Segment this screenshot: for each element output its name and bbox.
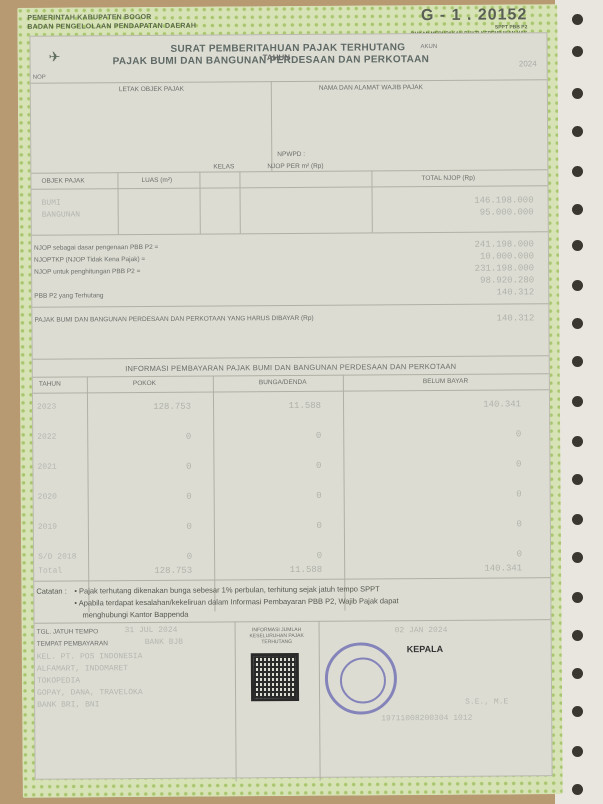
divider bbox=[213, 376, 216, 612]
row-bunga: 0 bbox=[317, 551, 322, 561]
sppt-document: PEMERINTAH KABUPATEN BOGOR BADAN PENGELO… bbox=[17, 4, 563, 798]
divider bbox=[87, 376, 90, 612]
qr-code[interactable] bbox=[251, 653, 299, 701]
feed-hole bbox=[572, 474, 583, 485]
jatuh-tempo-label: TGL. JATUH TEMPO bbox=[37, 628, 99, 635]
tahun-value: 2024 bbox=[519, 59, 537, 68]
feed-hole bbox=[572, 668, 583, 679]
payment-place: BANK BRI, BNI bbox=[37, 700, 99, 709]
form-body: ✈ SURAT PEMBERITAHUAN PAJAK TERHUTANG PA… bbox=[29, 32, 552, 780]
row-belum-bayar: 0 bbox=[517, 549, 522, 559]
col-objek-pajak: OBJEK PAJAK bbox=[41, 177, 84, 184]
row-bunga: 0 bbox=[316, 491, 321, 501]
payment-row: 2023 128.753 11.588 140.341 bbox=[30, 33, 546, 37]
total-belum-bayar: 140.341 bbox=[484, 563, 522, 573]
divider bbox=[32, 231, 548, 236]
divider bbox=[32, 303, 548, 308]
harus-dibayar-value: 140.312 bbox=[497, 313, 535, 323]
feed-hole bbox=[572, 280, 583, 291]
divider bbox=[343, 375, 346, 611]
note-line2: • Apabila terdapat kesalahan/kekeliruan … bbox=[74, 596, 398, 607]
qr-caption: INFORMASI JUMLAH KESELURUHAN PAJAK TERHU… bbox=[239, 627, 315, 646]
row-pokok: 0 bbox=[186, 462, 191, 472]
col-luas: LUAS (m²) bbox=[141, 177, 172, 184]
kepala-label: KEPALA bbox=[407, 644, 443, 654]
row-pokok: 0 bbox=[187, 552, 192, 562]
payment-total-row: Total 128.753 11.588 140.341 bbox=[30, 33, 546, 37]
payment-info-title: INFORMASI PEMBAYARAN PAJAK BUMI DAN BANG… bbox=[33, 361, 549, 374]
row-pokok: 0 bbox=[186, 492, 191, 502]
divider bbox=[33, 373, 549, 378]
col-bunga-denda: BUNGA/DENDA bbox=[259, 379, 307, 386]
regency-logo-icon: ✈ bbox=[49, 49, 61, 66]
row-tahun: S/D 2018 bbox=[38, 552, 76, 561]
col-belum-bayar: BELUM BAYAR bbox=[423, 378, 468, 385]
objek-bangunan: BANGUNAN bbox=[42, 210, 80, 219]
payment-place: GOPAY, DANA, TRAVELOKA bbox=[37, 688, 143, 698]
njop-dasar-value: 241.198.000 bbox=[474, 239, 533, 249]
feed-hole bbox=[572, 126, 583, 137]
row-tahun: 2021 bbox=[37, 463, 56, 472]
feed-hole bbox=[572, 204, 583, 215]
nop-label: NOP bbox=[33, 75, 46, 81]
col-pokok: POKOK bbox=[133, 380, 156, 387]
npwpd-label: NPWPD : bbox=[277, 151, 305, 158]
printer-feed-strip bbox=[555, 0, 603, 804]
njoptkp-value: 10.000.000 bbox=[480, 251, 534, 261]
tahun-label: TAHUN bbox=[263, 53, 290, 62]
signer-title: S.E., M.E bbox=[465, 697, 508, 706]
payment-row: 2021 0 0 0 bbox=[30, 33, 546, 37]
tempat-pembayaran-label: TEMPAT PEMBAYARAN bbox=[37, 640, 108, 647]
col-kelas: KELAS bbox=[213, 163, 234, 170]
divider bbox=[271, 81, 273, 171]
divider bbox=[117, 172, 118, 234]
serial-number: G - 1 . 20152 bbox=[411, 6, 527, 25]
payment-place: ALFAMART, INDOMARET bbox=[37, 664, 128, 674]
feed-hole bbox=[572, 630, 583, 641]
njop-extra-value: 98.920.280 bbox=[480, 275, 534, 285]
divider bbox=[34, 577, 550, 582]
row-belum-bayar: 0 bbox=[516, 459, 521, 469]
row-tahun: 2022 bbox=[37, 433, 56, 442]
row-tahun: 2020 bbox=[38, 493, 57, 502]
col-total-njop: TOTAL NJOP (Rp) bbox=[421, 175, 475, 182]
feed-hole bbox=[572, 318, 583, 329]
pbb-terutang-label: PBB P2 yang Terhutang bbox=[34, 292, 103, 299]
feed-hole bbox=[572, 166, 583, 177]
feed-hole bbox=[572, 46, 583, 57]
feed-hole bbox=[572, 552, 583, 563]
row-tahun: 2023 bbox=[37, 403, 56, 412]
row-belum-bayar: 140.341 bbox=[483, 399, 521, 409]
feed-hole bbox=[572, 14, 583, 25]
divider bbox=[35, 619, 551, 624]
col-njop-per-m2: NJOP PER m² (Rp) bbox=[267, 163, 323, 170]
payment-row: 2020 0 0 0 bbox=[30, 33, 546, 37]
feed-hole bbox=[572, 706, 583, 717]
feed-hole bbox=[572, 356, 583, 367]
total-bunga: 11.588 bbox=[290, 565, 322, 575]
divider bbox=[371, 170, 372, 232]
njop-hitung-label: NJOP untuk penghitungan PBB P2 = bbox=[34, 268, 140, 276]
wajib-pajak-label: NAMA DAN ALAMAT WAJIB PAJAK bbox=[319, 84, 423, 92]
row-belum-bayar: 0 bbox=[516, 429, 521, 439]
feed-hole bbox=[572, 396, 583, 407]
total-njop-bangunan: 95.000.000 bbox=[480, 207, 534, 217]
divider bbox=[199, 172, 200, 234]
row-bunga: 0 bbox=[316, 461, 321, 471]
feed-hole bbox=[572, 746, 583, 757]
note-line1: • Pajak terhutang dikenakan bunga sebesa… bbox=[74, 584, 379, 595]
tempat-pembayaran-value: BANK BJB bbox=[145, 638, 183, 647]
row-pokok: 128.753 bbox=[153, 402, 191, 412]
payment-place: KEL. PT. POS INDONESIA bbox=[37, 652, 143, 662]
pbb-terutang-value: 140.312 bbox=[496, 287, 534, 297]
payment-row: 2019 0 0 0 bbox=[30, 33, 546, 37]
divider bbox=[235, 621, 237, 781]
divider bbox=[33, 389, 549, 394]
divider bbox=[31, 79, 547, 84]
row-bunga: 0 bbox=[316, 431, 321, 441]
jatuh-tempo-value: 31 JUL 2024 bbox=[125, 626, 178, 635]
total-pokok: 128.753 bbox=[154, 566, 192, 576]
payment-place: TOKOPEDIA bbox=[37, 676, 80, 685]
official-stamp bbox=[325, 642, 398, 715]
row-pokok: 0 bbox=[186, 522, 191, 532]
njop-hitung-value: 231.198.000 bbox=[475, 263, 534, 273]
col-tahun: TAHUN bbox=[39, 381, 61, 388]
divider bbox=[319, 621, 321, 781]
feed-hole bbox=[572, 784, 583, 795]
divider bbox=[239, 171, 240, 233]
objek-bumi: BUMI bbox=[42, 199, 61, 208]
feed-hole bbox=[572, 240, 583, 251]
row-belum-bayar: 0 bbox=[516, 519, 521, 529]
note-line3: menghubungi Kantor Bappenda bbox=[82, 610, 188, 620]
row-bunga: 0 bbox=[316, 521, 321, 531]
njop-dasar-label: NJOP sebagai dasar pengenaan PBB P2 = bbox=[34, 244, 158, 252]
row-belum-bayar: 0 bbox=[516, 489, 521, 499]
akun-label: AKUN bbox=[421, 44, 438, 50]
issuer-block: PEMERINTAH KABUPATEN BOGOR BADAN PENGELO… bbox=[27, 13, 196, 32]
payment-row: 2022 0 0 0 bbox=[30, 33, 546, 37]
divider bbox=[33, 355, 549, 360]
total-label: Total bbox=[38, 567, 62, 576]
njoptkp-label: NJOPTKP (NJOP Tidak Kena Pajak) = bbox=[34, 256, 145, 264]
feed-hole bbox=[572, 592, 583, 603]
row-tahun: 2019 bbox=[38, 523, 57, 532]
feed-hole bbox=[572, 436, 583, 447]
row-pokok: 0 bbox=[186, 432, 191, 442]
total-njop-bumi: 146.198.000 bbox=[474, 195, 533, 205]
sign-date: 02 JAN 2024 bbox=[395, 626, 448, 635]
payment-row: S/D 2018 0 0 0 bbox=[30, 33, 546, 37]
feed-hole bbox=[572, 88, 583, 99]
letak-objek-label: LETAK OBJEK PAJAK bbox=[119, 86, 184, 93]
row-bunga: 11.588 bbox=[289, 401, 321, 411]
divider bbox=[32, 185, 548, 190]
issuer-line2: BADAN PENGELOLAAN PENDAPATAN DAERAH bbox=[27, 22, 196, 32]
feed-hole bbox=[572, 514, 583, 525]
signer-nip: 19711008200304 1012 bbox=[381, 714, 472, 724]
harus-dibayar-label: PAJAK BUMI DAN BANGUNAN PERDESAAN DAN PE… bbox=[34, 315, 313, 324]
notes-label: Catatan : bbox=[36, 587, 66, 596]
